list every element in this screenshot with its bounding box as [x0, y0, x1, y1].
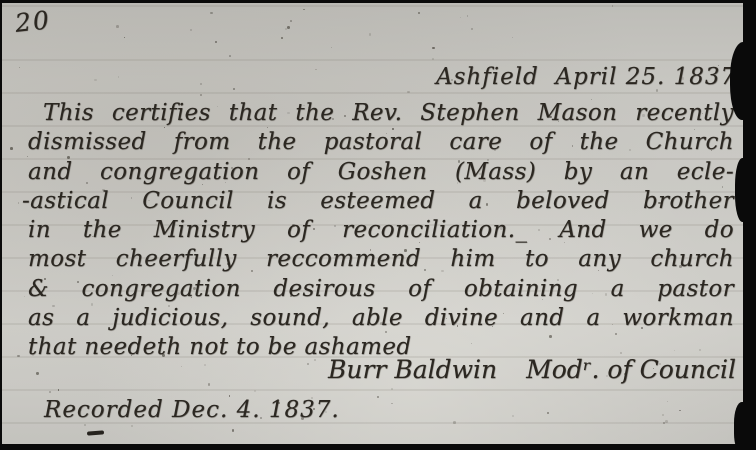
speckle — [24, 296, 25, 297]
speckle — [467, 15, 468, 16]
speckle — [94, 79, 96, 81]
speckle — [667, 401, 668, 402]
speckle — [84, 424, 86, 426]
speckle — [665, 420, 668, 423]
body-line: dismissed from the pastoral care of the … — [28, 128, 734, 157]
scanned-document-page: 20 Ashfield April 25. 1837 This certifie… — [0, 0, 756, 450]
body-line: and congregation of Goshen (Mass) by an … — [28, 158, 734, 187]
signature-row: Burr Baldwin Modʳ. of Council — [328, 355, 736, 384]
body-line: as a judicious, sound, able divine and a… — [28, 304, 734, 333]
speckle — [17, 355, 19, 357]
ink-mark — [87, 430, 104, 435]
speckle — [471, 28, 472, 29]
speckle — [281, 37, 282, 38]
speckle — [200, 94, 202, 96]
body-line: most cheerfully reccommend him to any ch… — [28, 245, 734, 274]
speckle — [131, 425, 134, 428]
scan-edge-bottom — [0, 444, 756, 450]
body-line: -astical Council is esteemed a beloved b… — [22, 187, 734, 216]
speckle — [58, 389, 59, 390]
speckle — [190, 29, 192, 31]
speckle — [407, 91, 409, 93]
body-line: in the Ministry of reconciliation._ And … — [28, 216, 734, 245]
speckle — [331, 47, 332, 48]
speckle — [679, 410, 680, 411]
speckle — [124, 37, 125, 38]
speckle — [418, 12, 420, 14]
speckle — [663, 422, 665, 424]
dateline: Ashfield April 25. 1837 — [436, 64, 736, 90]
speckle — [208, 383, 210, 385]
certificate-body: This certifies that the Rev. Stephen Mas… — [28, 99, 734, 363]
speckle — [49, 391, 51, 393]
scan-edge-right — [743, 0, 756, 450]
speckle — [377, 396, 379, 398]
speckle — [36, 372, 38, 374]
scan-edge-right-bulge — [734, 402, 748, 450]
scan-edge-top — [0, 0, 756, 3]
scan-edge-left — [0, 0, 2, 450]
speckle — [118, 76, 119, 77]
speckle — [287, 26, 290, 29]
body-line: & congregation desirous of obtaining a p… — [28, 275, 734, 304]
speckle — [612, 5, 613, 6]
signature-name: Burr Baldwin — [328, 355, 497, 384]
speckle — [307, 363, 310, 366]
speckle — [254, 390, 256, 392]
speckle — [391, 388, 394, 391]
speckle — [315, 69, 317, 71]
speckle — [229, 55, 231, 57]
speckle — [369, 33, 371, 35]
speckle — [232, 429, 234, 431]
speckle — [460, 17, 461, 18]
speckle — [181, 366, 182, 367]
speckle — [662, 414, 664, 416]
speckle — [391, 403, 392, 404]
speckle — [204, 364, 206, 366]
signature-title: Modʳ. of Council — [526, 355, 736, 384]
speckle — [200, 83, 202, 85]
speckle — [18, 202, 20, 204]
speckle — [233, 88, 235, 90]
speckle — [116, 25, 119, 28]
speckle — [547, 412, 549, 414]
body-line: This certifies that the Rev. Stephen Mas… — [28, 99, 734, 128]
speckle — [432, 58, 434, 60]
speckle — [285, 28, 288, 31]
speckle — [512, 37, 513, 38]
speckle — [210, 12, 212, 14]
speckle — [432, 47, 434, 49]
speckle — [303, 9, 305, 11]
speckle — [512, 415, 514, 417]
speckle — [10, 147, 13, 150]
recorded-note: Recorded Dec. 4. 1837. — [44, 397, 340, 423]
speckle — [290, 20, 292, 22]
speckle — [19, 67, 20, 68]
page-number: 20 — [14, 5, 53, 38]
speckle — [453, 421, 456, 424]
speckle — [215, 41, 218, 44]
